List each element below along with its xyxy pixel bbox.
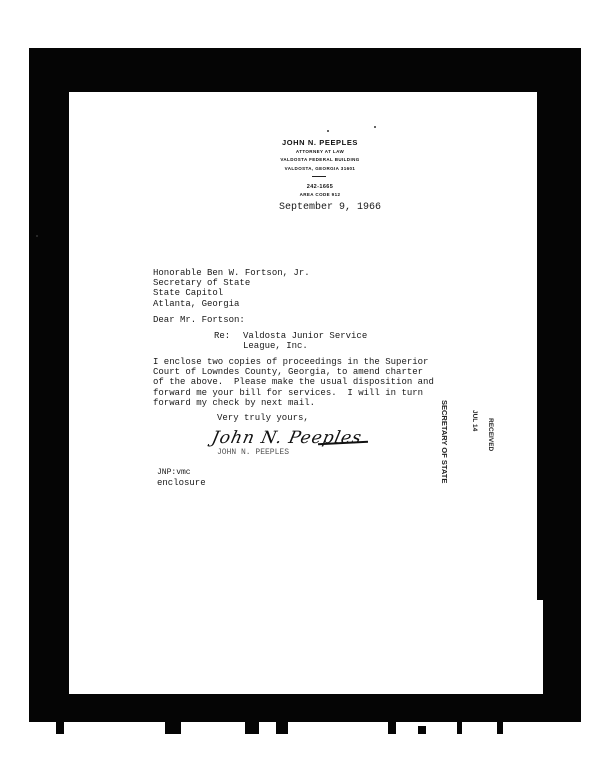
subject-line: Valdosta Junior ServiceLeague, Inc. [243,331,367,351]
received-stamp-office: SECRETARY OF STATE [440,400,448,483]
handwritten-signature: John N. Peeples [210,428,364,448]
scan-speck [36,235,38,237]
reference-initials: JNP:vmc [157,468,191,478]
letterhead-area-code: AREA CODE 912 [240,192,400,197]
scan-artifact [56,722,64,734]
letterhead-divider [312,176,326,177]
scan-artifact [276,722,288,734]
scan-artifact [418,726,426,734]
scan-speck [327,130,329,132]
stamp-office: SECRETARY OF STATE [440,400,448,483]
body-line: of the above. Please make the usual disp… [153,377,434,387]
typed-signer-name: JOHN N. PEEPLES [217,448,289,458]
letter-date: September 9, 1966 [279,202,381,213]
subject-label: Re: [214,331,230,341]
scan-artifact [388,722,396,734]
closing: Very truly yours, [217,413,309,423]
enclosure-note: enclosure [157,478,206,488]
stamp-date: JUL 14 [470,410,478,431]
scan-artifact [165,722,181,734]
scan-artifact [457,722,462,734]
salutation: Dear Mr. Fortson: [153,315,245,325]
letterhead-phone: 242-1665 [240,184,400,190]
recipient-title: Secretary of State [153,278,310,288]
recipient-street: State Capitol [153,288,310,298]
recipient-city: Atlanta, Georgia [153,299,310,309]
body-line: forward me your bill for services. I wil… [153,388,434,398]
letterhead-city: VALDOSTA, GEORGIA 31601 [240,166,400,171]
body-line: Court of Lowndes County, Georgia, to ame… [153,367,434,377]
received-stamp: RECEIVED [486,418,494,451]
subject-line-1: Valdosta Junior Service [243,331,367,341]
body-line: forward my check by next mail. [153,398,434,408]
body-line: I enclose two copies of proceedings in t… [153,357,434,367]
stamp-received: RECEIVED [486,418,494,451]
letter-page-lower [75,600,543,694]
letter-body: I enclose two copies of proceedings in t… [153,357,434,408]
scan-artifact [497,722,503,734]
subject-line-2: League, Inc. [243,341,367,351]
letterhead-building: VALDOSTA FEDERAL BUILDING [240,157,400,162]
received-stamp-date: JUL 14 [470,410,478,431]
letterhead-name: JOHN N. PEEPLES [240,138,400,147]
recipient-name: Honorable Ben W. Fortson, Jr. [153,268,310,278]
scan-artifact [245,722,259,734]
scan-speck [374,126,376,128]
letterhead-title: ATTORNEY AT LAW [240,149,400,154]
recipient-address: Honorable Ben W. Fortson, Jr.Secretary o… [153,268,310,309]
